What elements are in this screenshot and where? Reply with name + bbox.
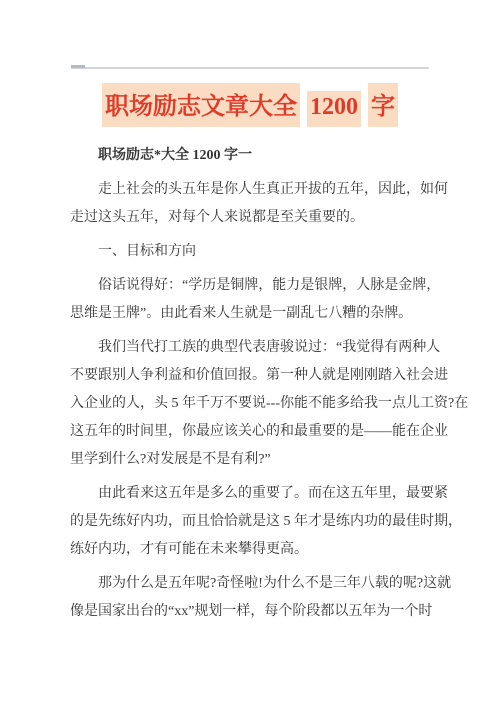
text-line: 思维是王牌”。由此看来人生就是一副乱七八糟的杂牌。 [70, 300, 433, 328]
paragraph: 俗话说得好：“学历是铜牌，能力是银牌，人脉是金牌， 思维是王牌”。由此看来人生就… [70, 272, 433, 328]
text-line: 里学到什么?对发展是不是有利?” [70, 446, 433, 474]
text-line: 那为什么是五年呢?奇怪啦!为什么不是三年八载的呢?这就 [70, 570, 433, 598]
text-line: 我们当代打工族的典型代表唐骏说过：“我觉得有两种人 [70, 334, 433, 362]
title-segment-suffix: 字 [368, 83, 398, 127]
page-title: 职场励志文章大全1200字 [0, 83, 500, 127]
text-line: 不要跟别人争利益和价值回报。第一种人就是刚刚踏入社会进 [70, 362, 433, 390]
title-segment-text: 职场励志文章大全 [102, 83, 300, 127]
text-line: 入企业的人，头 5 年千万不要说---你能不能多给我一点儿工资?在 [70, 390, 433, 418]
paragraph: 我们当代打工族的典型代表唐骏说过：“我觉得有两种人 不要跟别人争利益和价值回报。… [70, 334, 433, 474]
text-line: 由此看来这五年是多么的重要了。而在这五年里，最要紧 [70, 480, 433, 508]
text-line: 一、目标和方向 [70, 238, 433, 266]
text-line: 这五年的时间里，你最应该关心的和最重要的是——能在企业 [70, 418, 433, 446]
document-body: 职场励志*大全 1200 字一 走上社会的头五年是你人生真正开拔的五年，因此，如… [70, 142, 433, 632]
text-line: 走上社会的头五年是你人生真正开拔的五年，因此，如何 [70, 176, 433, 204]
section-heading: 职场励志*大全 1200 字一 [70, 142, 433, 170]
horizontal-rule [71, 67, 429, 69]
text-line: 走过这头五年，对每个人来说都是至关重要的。 [70, 204, 433, 232]
paragraph: 那为什么是五年呢?奇怪啦!为什么不是三年八载的呢?这就 像是国家出台的“xx”规… [70, 570, 433, 626]
text-line: 职场励志*大全 1200 字一 [70, 142, 433, 170]
paragraph: 走上社会的头五年是你人生真正开拔的五年，因此，如何 走过这头五年，对每个人来说都… [70, 176, 433, 232]
text-line: 练好内功，才有可能在未来攀得更高。 [70, 536, 433, 564]
title-segment-number: 1200 [307, 91, 361, 127]
paragraph: 由此看来这五年是多么的重要了。而在这五年里，最要紧 的是先练好内功，而且恰恰就是… [70, 480, 433, 564]
text-line: 俗话说得好：“学历是铜牌，能力是银牌，人脉是金牌， [70, 272, 433, 300]
sub-heading: 一、目标和方向 [70, 238, 433, 266]
document-page: 职场励志文章大全1200字 职场励志*大全 1200 字一 走上社会的头五年是你… [0, 0, 500, 708]
text-line: 的是先练好内功，而且恰恰就是这 5 年才是练内功的最佳时期， [70, 508, 433, 536]
text-line: 像是国家出台的“xx”规划一样，每个阶段都以五年为一个时 [70, 598, 433, 626]
